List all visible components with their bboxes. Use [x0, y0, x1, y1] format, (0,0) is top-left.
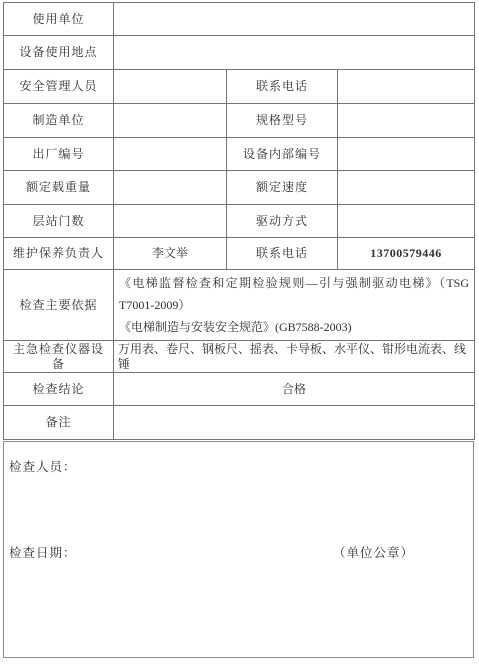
label-drive-mode: 驱动方式	[227, 205, 338, 238]
label-equipment-location: 设备使用地点	[4, 36, 114, 70]
cell-inspection-basis: 《电梯监督检查和定期检验规则—引与强制驱动电梯》（TSG T7001-2009）…	[114, 270, 475, 341]
table-row: 备注	[4, 406, 475, 440]
cell-rated-speed-value	[338, 171, 475, 205]
label-rated-load: 额定载重量	[4, 171, 114, 205]
unit-seal-note: （单位公章）	[333, 543, 414, 561]
label-inspection-instruments: 主急检查仪器设备	[4, 341, 114, 373]
table-row: 出厂编号 设备内部编号	[4, 138, 475, 171]
inspection-basis-line-1: 《电梯监督检查和定期检验规则—引与强制驱动电梯》（TSG	[119, 272, 469, 294]
cell-safety-manager-value	[114, 70, 227, 104]
inspection-date-label: 检查日期：	[9, 543, 77, 561]
cell-inspection-instruments-value: 万用表、卷尺、钢板尺、摇表、卡导板、水平仪、钳形电流表、线锤	[114, 341, 475, 373]
cell-equipment-location-value	[114, 36, 475, 70]
cell-internal-number-value	[338, 138, 475, 171]
cell-manufacturer-value	[114, 104, 227, 138]
table-row: 使用单位	[4, 3, 475, 36]
label-manufacturer: 制造单位	[4, 104, 114, 138]
label-inspection-conclusion: 检查结论	[4, 373, 114, 406]
cell-maintenance-person-value: 李文举	[114, 238, 227, 270]
label-inspection-basis: 检查主要依据	[4, 270, 114, 341]
table-row: 制造单位 规格型号	[4, 104, 475, 138]
cell-inspection-conclusion-value: 合格	[114, 373, 475, 406]
table-row: 安全管理人员 联系电话	[4, 70, 475, 104]
table-row: 检查结论 合格	[4, 373, 475, 406]
label-contact-phone-2: 联系电话	[227, 238, 338, 270]
label-internal-number: 设备内部编号	[227, 138, 338, 171]
inspector-label: 检查人员：	[9, 457, 77, 475]
table-row: 维护保养负责人 李文举 联系电话 13700579446	[4, 238, 475, 270]
table-row: 主急检查仪器设备 万用表、卷尺、钢板尺、摇表、卡导板、水平仪、钳形电流表、线锤	[4, 341, 475, 373]
label-contact-phone-1: 联系电话	[227, 70, 338, 104]
table-row: 层站门数 驱动方式	[4, 205, 475, 238]
label-using-unit: 使用单位	[4, 3, 114, 36]
page-bottom-margin	[0, 658, 479, 667]
cell-contact-phone-1-value	[338, 70, 475, 104]
signature-section: 检查人员： 检查日期： （单位公章）	[3, 441, 474, 658]
cell-remarks-value	[114, 406, 475, 440]
label-remarks: 备注	[4, 406, 114, 440]
label-floors-stations-doors: 层站门数	[4, 205, 114, 238]
table-row: 检查主要依据 《电梯监督检查和定期检验规则—引与强制驱动电梯》（TSG T700…	[4, 270, 475, 341]
table-row: 额定载重量 额定速度	[4, 171, 475, 205]
cell-rated-load-value	[114, 171, 227, 205]
table-row: 设备使用地点	[4, 36, 475, 70]
label-maintenance-person: 维护保养负责人	[4, 238, 114, 270]
inspection-basis-line-2: T7001-2009）	[119, 294, 469, 316]
cell-floors-stations-doors-value	[114, 205, 227, 238]
cell-factory-number-value	[114, 138, 227, 171]
label-safety-manager: 安全管理人员	[4, 70, 114, 104]
cell-using-unit-value	[114, 3, 475, 36]
label-factory-number: 出厂编号	[4, 138, 114, 171]
cell-drive-mode-value	[338, 205, 475, 238]
label-rated-speed: 额定速度	[227, 171, 338, 205]
cell-contact-phone-2-value: 13700579446	[338, 238, 475, 270]
elevator-inspection-form-table: 使用单位 设备使用地点 安全管理人员 联系电话 制造单位 规格型号 出厂编号 设…	[3, 2, 475, 440]
label-spec-model: 规格型号	[227, 104, 338, 138]
cell-spec-model-value	[338, 104, 475, 138]
inspection-basis-line-3: 《电梯制造与安装安全规范》(GB7588-2003)	[119, 316, 469, 338]
document-page: 使用单位 设备使用地点 安全管理人员 联系电话 制造单位 规格型号 出厂编号 设…	[0, 0, 479, 667]
